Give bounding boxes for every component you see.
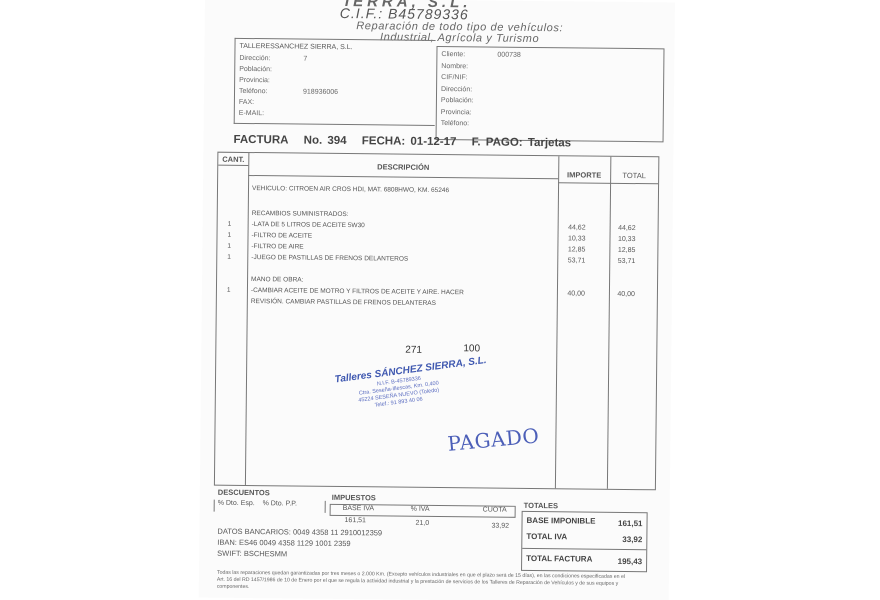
field-value: 000738 [497, 50, 520, 61]
overlay-number-1: 271 [405, 345, 422, 356]
field-label: Provincia: [441, 109, 472, 116]
field-label: Dirección: [441, 86, 472, 93]
payment-method: F. PAGO: Tarjetas [472, 136, 572, 149]
cell-importe: 10,33 [568, 233, 586, 244]
cell-desc: MANO DE OBRA: [251, 274, 303, 286]
descuentos-box: % Dto. Esp. % Dto. P.P. [214, 500, 326, 513]
dto-esp: % Dto. Esp. [218, 500, 255, 507]
cell-importe: 12,85 [568, 244, 586, 255]
field-value: 918936006 [303, 87, 338, 98]
bank-details: DATOS BANCARIOS: 0049 4358 11 2910012359… [217, 526, 382, 561]
issuer-name: TALLERESSANCHEZ SIERRA, S.L. [239, 41, 352, 53]
cell-cant: 1 [227, 252, 231, 263]
cell-total: 44,62 [618, 223, 636, 234]
field-label: Cliente: [441, 51, 465, 58]
impuestos-box: BASE IVA % IVA CUOTA [330, 504, 516, 518]
field-label: FAX: [239, 99, 254, 106]
col-importe: IMPORTE [558, 170, 610, 180]
cell-desc: -FILTRO DE AIRE [251, 241, 303, 253]
field-label: E-MAIL: [239, 110, 264, 117]
issuer-box: TALLERESSANCHEZ SIERRA, S.L. Dirección:7… [234, 38, 436, 126]
table-body: VEHICULO: CITROEN AIR CROS HDI, MAT. 680… [217, 183, 658, 312]
field-label: Teléfono: [239, 88, 267, 95]
pct-iva-label: % IVA [411, 506, 430, 513]
items-table: CANT. DESCRIPCIÓN IMPORTE TOTAL VEHICULO… [214, 152, 659, 491]
cell-total: 40,00 [617, 289, 635, 300]
total-iva-label: TOTAL IVA [526, 532, 567, 541]
total-factura-value: 195,43 [618, 557, 643, 566]
totales-box: BASE IMPONIBLE 161,51 TOTAL IVA 33,92 TO… [521, 511, 648, 572]
field-label: CIF/NIF: [441, 74, 468, 81]
cell-importe: 44,62 [568, 222, 586, 233]
field-label: Nombre: [441, 63, 468, 70]
field-label: Teléfono: [441, 120, 469, 127]
descuentos-title: DESCUENTOS [218, 488, 270, 498]
field-value: 7 [303, 54, 307, 65]
total-factura-label: TOTAL FACTURA [526, 554, 592, 564]
dto-pp: % Dto. P.P. [263, 500, 297, 507]
base-iva-label: BASE IVA [343, 505, 374, 512]
pct-iva-value: 21,0 [415, 520, 429, 527]
client-fields: Cliente:000738Nombre:CIF/NIF:Dirección:P… [441, 49, 662, 132]
cell-total: 12,85 [618, 245, 636, 256]
impuestos-title: IMPUESTOS [332, 493, 376, 502]
base-iva-value: 161,51 [345, 517, 366, 524]
totales-title: TOTALES [524, 501, 558, 510]
cell-total: 53,71 [618, 256, 636, 267]
base-imponible-value: 161,51 [618, 519, 643, 528]
cuota-value: 33,92 [491, 523, 509, 530]
col-descripcion: DESCRIPCIÓN [248, 161, 558, 173]
field-label: Provincia: [239, 77, 270, 84]
paid-stamp: PAGADO [446, 423, 540, 456]
col-total: TOTAL [610, 171, 658, 181]
total-iva-value: 33,92 [622, 535, 642, 544]
company-stamp: N.I.F. B-45789336 Ctra. Seseña-Illescas,… [344, 378, 454, 407]
invoice-title-row: FACTURA No. 394 FECHA: 01-12-17 F. PAGO:… [233, 134, 581, 150]
cell-cant: 1 [227, 241, 231, 252]
field-label: Población: [239, 66, 272, 73]
cell-total: 10,33 [618, 234, 636, 245]
invoice-number: No. 394 [304, 135, 347, 147]
overlay-number-2: 100 [463, 343, 480, 354]
cell-desc: VEHICULO: CITROEN AIR CROS HDI, MAT. 680… [252, 183, 449, 196]
field-label: Dirección: [239, 55, 270, 62]
cell-cant: 1 [227, 285, 231, 296]
cell-desc: -FILTRO DE ACEITE [251, 230, 312, 242]
client-box: Cliente:000738Nombre:CIF/NIF:Dirección:P… [436, 46, 665, 142]
issuer-fields: Dirección:7Población:Provincia:Teléfono:… [239, 53, 435, 121]
cell-cant: 1 [228, 219, 232, 230]
cuota-label: CUOTA [483, 506, 507, 513]
invoice-date: FECHA: 01-12-17 [362, 135, 457, 148]
cell-importe: 53,71 [568, 255, 586, 266]
issuer-field: E-MAIL: [239, 108, 434, 121]
factura-label: FACTURA [233, 134, 288, 147]
cell-cant: 1 [227, 230, 231, 241]
warranty-footer: Todas las reparaciones quedan garantizad… [217, 570, 627, 595]
cell-desc: REVISIÓN. CAMBIAR PASTILLAS DE FRENOS DE… [251, 296, 436, 309]
col-cant: CANT. [218, 155, 248, 164]
base-imponible-label: BASE IMPONIBLE [527, 516, 596, 526]
field-label: Población: [441, 97, 474, 104]
cell-importe: 40,00 [567, 288, 585, 299]
invoice-page: IERRA, S.L. C.I.F.: B45789336 Reparación… [199, 0, 675, 600]
client-field: Teléfono: [441, 118, 661, 132]
bank-swift: SWIFT: BSCHESMM [217, 548, 382, 561]
